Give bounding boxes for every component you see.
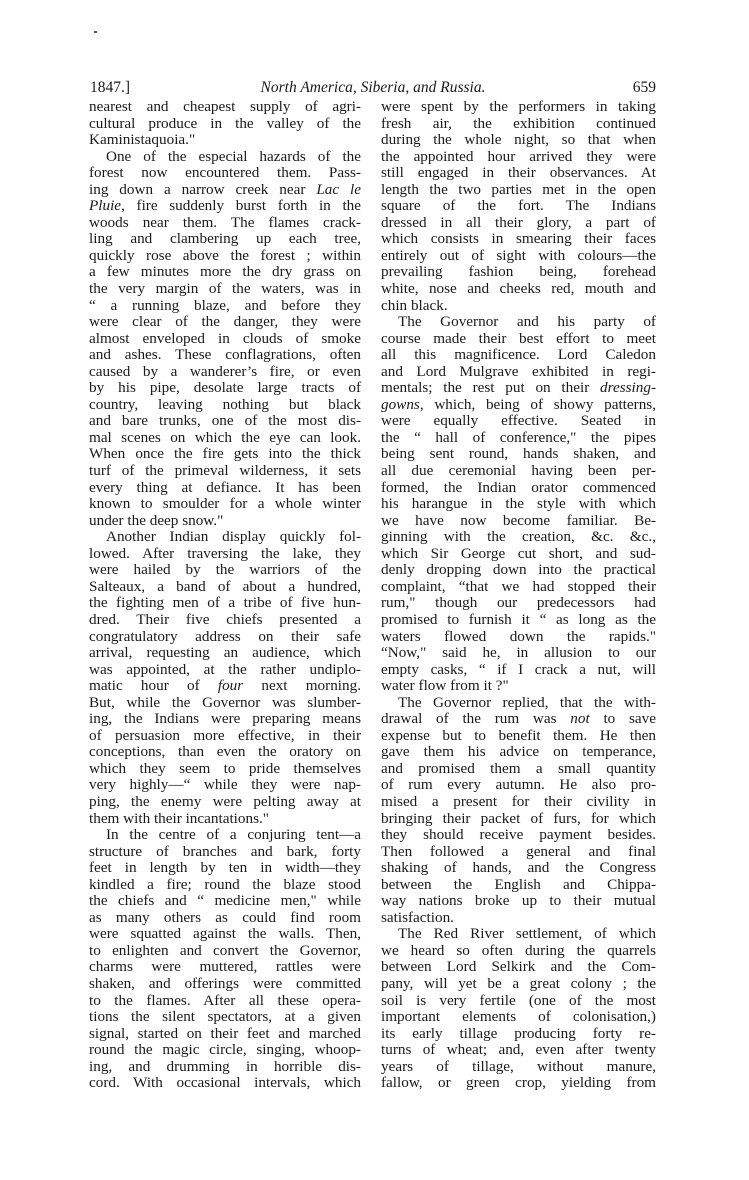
text-line: The Governor replied, that the with-: [381, 695, 656, 712]
text-line: drawal of the rum was not to save: [381, 711, 656, 728]
text-line: and ashes. These conflagrations, often: [89, 347, 361, 364]
text-line: But, while the Governor was slumber-: [89, 695, 361, 712]
text-line: being sent round, hands shaken, and: [381, 446, 656, 463]
text-line: of rum every autumn. He also pro-: [381, 777, 656, 794]
scan-speck: [94, 31, 97, 33]
text-line: the “ hall of conference," the pipes: [381, 430, 656, 447]
text-line: One of the especial hazards of the: [89, 149, 361, 166]
text-line: almost enveloped in clouds of smoke: [89, 331, 361, 348]
text-line: to the flames. After all these opera-: [89, 993, 361, 1010]
text-line: the very margin of the waters, was in: [89, 281, 361, 298]
text-line: When once the fire gets into the thick: [89, 446, 361, 463]
text-line: empty casks, “ if I crack a nut, will: [381, 662, 656, 679]
text-line: all due ceremonial having been per-: [381, 463, 656, 480]
text-line: forest now encountered them. Pass-: [89, 165, 361, 182]
text-line: during the whole night, so that when: [381, 132, 656, 149]
text-line: and Lord Mulgrave exhibited in regi-: [381, 364, 656, 381]
text-line: complaint, “that we had stopped their: [381, 579, 656, 596]
text-line: woods near them. The flames crack-: [89, 215, 361, 232]
text-line: dred. Their five chiefs presented a: [89, 612, 361, 629]
text-line: expense but to benefit them. He then: [381, 728, 656, 745]
text-line: tions the silent spectators, at a given: [89, 1009, 361, 1026]
text-line: as many others as could find room: [89, 910, 361, 927]
text-line: congratulatory address on their safe: [89, 629, 361, 646]
text-line: a few minutes more the dry grass on: [89, 264, 361, 281]
text-line: turf of the primeval wilderness, it sets: [89, 463, 361, 480]
text-line: were equally effective. Seated in: [381, 413, 656, 430]
text-line: turns of wheat; and, even after twenty: [381, 1042, 656, 1059]
text-line: which they seem to pride themselves: [89, 761, 361, 778]
text-line: white, nose and cheeks red, mouth and: [381, 281, 656, 298]
text-line: soil is very fertile (one of the most: [381, 993, 656, 1010]
text-line: promised to furnish it “ as long as the: [381, 612, 656, 629]
text-line: ginning with the creation, &c. &c.,: [381, 529, 656, 546]
text-line: were hailed by the warriors of the: [89, 562, 361, 579]
text-line: them with their incantations.": [89, 811, 361, 828]
text-line: fallow, or green crop, yielding from: [381, 1075, 656, 1092]
text-line: shaking of hands, and the Congress: [381, 860, 656, 877]
text-line: important elements of colonisation,): [381, 1009, 656, 1026]
text-line: way nations broke up to their mutual: [381, 893, 656, 910]
text-line: ing, the Indians were preparing means: [89, 711, 361, 728]
text-line: mised a present for their civility in: [381, 794, 656, 811]
text-line: the appointed hour arrived they were: [381, 149, 656, 166]
text-line: cultural produce in the valley of the: [89, 116, 361, 133]
text-line: pany, will yet be a great colony ; the: [381, 976, 656, 993]
text-line: mentals; the rest put on their dressing-: [381, 380, 656, 397]
text-line: satisfaction.: [381, 910, 656, 927]
text-line: nearest and cheapest supply of agri-: [89, 99, 361, 116]
text-line: known to smoulder for a whole winter: [89, 496, 361, 513]
text-line: quickly rose above the forest ; within: [89, 248, 361, 265]
text-line: dressed in all their glory, a part of: [381, 215, 656, 232]
text-line: which consists in smearing their faces: [381, 231, 656, 248]
left-column: nearest and cheapest supply of agri-cult…: [89, 99, 361, 1092]
text-line: Salteaux, a band of about a hundred,: [89, 579, 361, 596]
text-line: to enlighten and convert the Governor,: [89, 943, 361, 960]
text-line: its early tillage producing forty re-: [381, 1026, 656, 1043]
text-line: denly dropping down into the practical: [381, 562, 656, 579]
text-line: the chiefs and “ medicine men," while: [89, 893, 361, 910]
text-line: matic hour of four next morning.: [89, 678, 361, 695]
right-column: were spent by the performers in takingfr…: [381, 99, 656, 1092]
text-line: still engaged in their observances. At: [381, 165, 656, 182]
text-line: waters flowed down the rapids.": [381, 629, 656, 646]
text-line: very highly—“ while they were nap-: [89, 777, 361, 794]
text-line: we have now become familiar. Be-: [381, 513, 656, 530]
text-line: Another Indian display quickly fol-: [89, 529, 361, 546]
text-line: chin black.: [381, 298, 656, 315]
running-header: 1847.] North America, Siberia, and Russi…: [90, 78, 656, 98]
text-line: ling and clambering up each tree,: [89, 231, 361, 248]
text-line: conceptions, than even the oratory on: [89, 744, 361, 761]
text-line: water flow from it ?": [381, 678, 656, 695]
text-line: entirely out of sight with colours—the: [381, 248, 656, 265]
text-line: Then followed a general and final: [381, 844, 656, 861]
text-line: was appointed, at the rather undiplo-: [89, 662, 361, 679]
header-title: North America, Siberia, and Russia.: [90, 78, 656, 98]
text-line: course made their best effort to meet: [381, 331, 656, 348]
text-line: ing, and drumming in horrible dis-: [89, 1059, 361, 1076]
text-line: cord. With occasional intervals, which: [89, 1075, 361, 1092]
text-line: by his pipe, desolate large tracts of: [89, 380, 361, 397]
text-line: bringing their packet of furs, for which: [381, 811, 656, 828]
text-line: lowed. After traversing the lake, they: [89, 546, 361, 563]
text-line: signal, started on their feet and marche…: [89, 1026, 361, 1043]
text-line: fresh air, the exhibition continued: [381, 116, 656, 133]
text-line: which Sir George cut short, and sud-: [381, 546, 656, 563]
text-line: country, leaving nothing but black: [89, 397, 361, 414]
text-line: all this magnificence. Lord Caledon: [381, 347, 656, 364]
text-line: shaken, and offerings were committed: [89, 976, 361, 993]
text-line: ping, the enemy were pelting away at: [89, 794, 361, 811]
text-line: between Lord Selkirk and the Com-: [381, 959, 656, 976]
text-line: they should receive payment besides.: [381, 827, 656, 844]
page-number: 659: [633, 78, 656, 98]
text-line: prevailing fashion being, forehead: [381, 264, 656, 281]
text-line: kindled a fire; round the blaze stood: [89, 877, 361, 894]
text-line: years of tillage, without manure,: [381, 1059, 656, 1076]
text-line: Kaministaquoia.": [89, 132, 361, 149]
text-line: gave them his advice on temperance,: [381, 744, 656, 761]
text-line: In the centre of a conjuring tent—a: [89, 827, 361, 844]
text-line: square of the fort. The Indians: [381, 198, 656, 215]
text-line: and promised them a small quantity: [381, 761, 656, 778]
text-line: caused by a wanderer’s fire, or even: [89, 364, 361, 381]
text-line: feet in length by ten in width—they: [89, 860, 361, 877]
text-line: formed, the Indian orator commenced: [381, 480, 656, 497]
text-line: were clear of the danger, they were: [89, 314, 361, 331]
text-line: were spent by the performers in taking: [381, 99, 656, 116]
text-line: length the two parties met in the open: [381, 182, 656, 199]
text-line: “ a running blaze, and before they: [89, 298, 361, 315]
text-line: rum," though our predecessors had: [381, 595, 656, 612]
text-line: The Governor and his party of: [381, 314, 656, 331]
text-line: round the magic circle, singing, whoop-: [89, 1042, 361, 1059]
text-line: gowns, which, being of showy patterns,: [381, 397, 656, 414]
text-line: under the deep snow.": [89, 513, 361, 530]
text-line: his harangue in the style with which: [381, 496, 656, 513]
text-line: were squatted against the walls. Then,: [89, 926, 361, 943]
text-line: ing down a narrow creek near Lac le: [89, 182, 361, 199]
text-line: Pluie, fire suddenly burst forth in the: [89, 198, 361, 215]
text-line: arrival, requesting an audience, which: [89, 645, 361, 662]
text-line: every thing at defiance. It has been: [89, 480, 361, 497]
text-line: “Now," said he, in allusion to our: [381, 645, 656, 662]
text-line: mal scenes on which the eye can look.: [89, 430, 361, 447]
text-line: structure of branches and bark, forty: [89, 844, 361, 861]
text-line: and bare trunks, one of the most dis-: [89, 413, 361, 430]
text-line: we heard so often during the quarrels: [381, 943, 656, 960]
text-line: charms were muttered, rattles were: [89, 959, 361, 976]
text-line: between the English and Chippa-: [381, 877, 656, 894]
text-line: of persuasion more effective, in their: [89, 728, 361, 745]
text-line: the fighting men of a tribe of five hun-: [89, 595, 361, 612]
text-line: The Red River settlement, of which: [381, 926, 656, 943]
